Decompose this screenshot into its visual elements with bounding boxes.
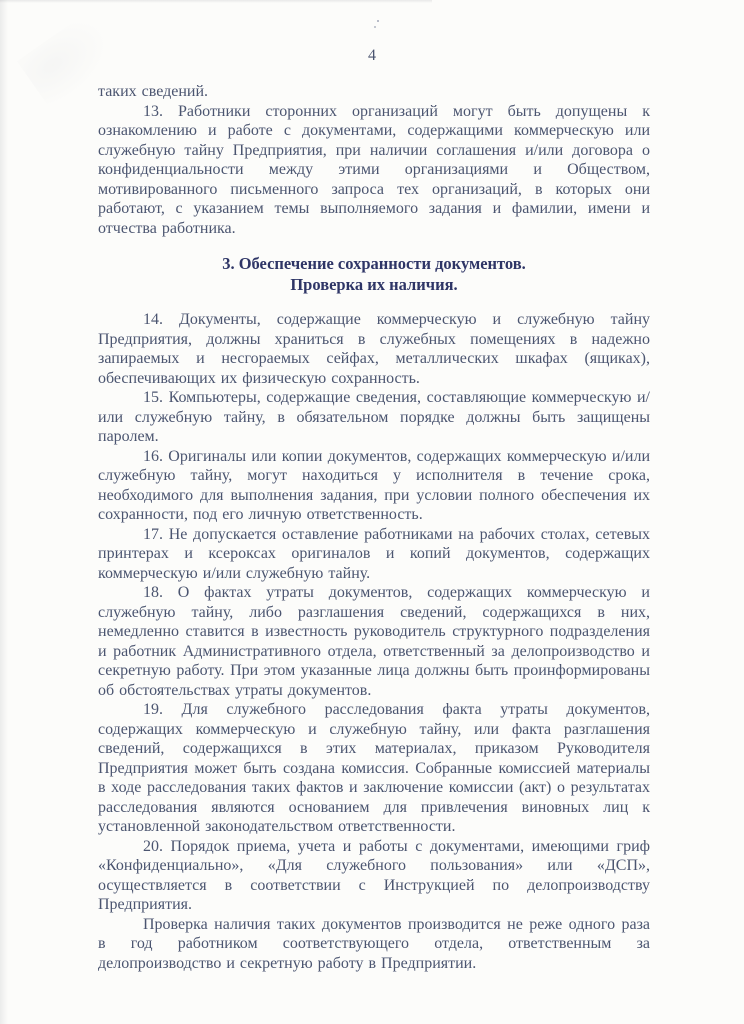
scan-edge-shadow-top: [0, 0, 432, 3]
paragraph-20: 20. Порядок приема, учета и работы с док…: [98, 837, 650, 915]
section-heading-line1: 3. Обеспечение сохранности документов.: [98, 253, 650, 274]
scanned-document-page: 4 таких сведений. 13. Работники сторонни…: [0, 0, 744, 1024]
scan-speck-artifact: [377, 20, 379, 22]
page-number: 4: [0, 46, 744, 66]
document-body: таких сведений. 13. Работники сторонних …: [98, 82, 650, 973]
paragraph-15: 15. Компьютеры, содержащие сведения, сос…: [98, 388, 650, 447]
paragraph-17: 17. Не допускается оставление работникам…: [98, 525, 650, 584]
section-heading: 3. Обеспечение сохранности документов. П…: [98, 253, 650, 295]
paragraph-13: 13. Работники сторонних организаций могу…: [98, 102, 650, 239]
section-heading-line2: Проверка их наличия.: [98, 274, 650, 295]
paragraph-16: 16. Оригиналы или копии документов, соде…: [98, 447, 650, 525]
paragraph-continuation: таких сведений.: [98, 82, 650, 102]
paragraph-19: 19. Для служебного расследования факта у…: [98, 700, 650, 837]
scan-edge-shadow-left: [0, 0, 8, 1024]
paragraph-final-check: Проверка наличия таких документов произв…: [98, 915, 650, 974]
paragraph-14: 14. Документы, содержащие коммерческую и…: [98, 310, 650, 388]
paragraph-18: 18. О фактах утраты документов, содержащ…: [98, 583, 650, 700]
